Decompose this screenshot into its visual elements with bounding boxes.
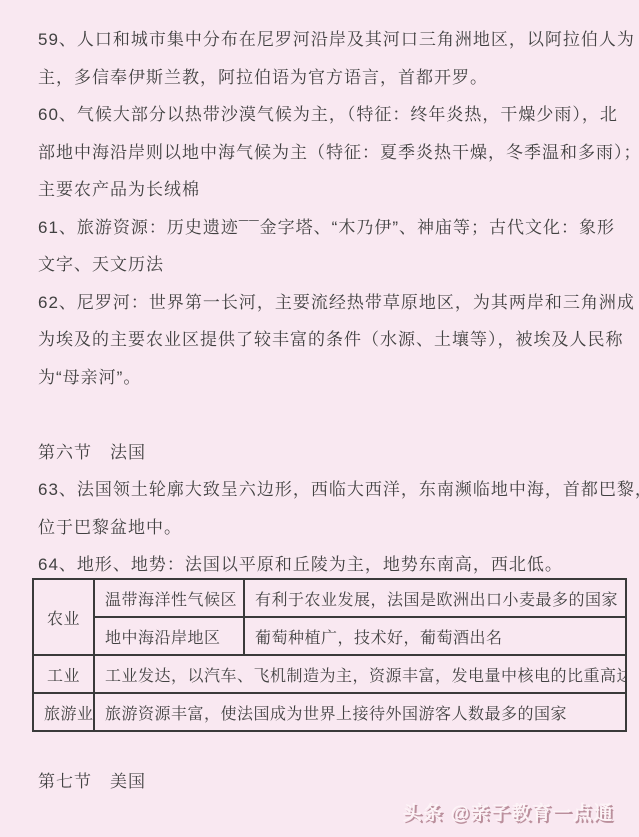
table-row: 地中海沿岸地区 葡萄种植广，技术好，葡萄酒出名 [33, 617, 626, 655]
toutiao-watermark: 头条 @亲子教育一点通 [403, 798, 614, 825]
table-cell-climate-desc-2: 葡萄种植广，技术好，葡萄酒出名 [244, 617, 626, 655]
document-page: 59、人口和城市集中分布在尼罗河沿岸及其河口三角洲地区，以阿拉伯人为 主，多信奉… [0, 0, 639, 837]
blank-line [38, 396, 618, 434]
note-62-line-1: 62、尼罗河：世界第一长河，主要流经热带草原地区，为其两岸和三角洲成 [38, 284, 618, 322]
section-heading-usa: 第七节 美国 [38, 763, 146, 801]
note-61-line-1: 61、旅游资源：历史遗迹¯¯金字塔、“木乃伊”、神庙等；古代文化：象形 [38, 209, 618, 247]
table-row: 旅游业 旅游资源丰富，使法国成为世界上接待外国游客人数最多的国家 [33, 693, 626, 731]
table-cell-tourism-label: 旅游业 [33, 693, 94, 731]
table-row: 农业 温带海洋性气候区 有利于农业发展，法国是欧洲出口小麦最多的国家 [33, 579, 626, 617]
note-62-line-2: 为埃及的主要农业区提供了较丰富的条件（水源、土壤等），被埃及人民称 [38, 321, 618, 359]
table-cell-climate-zone-2: 地中海沿岸地区 [94, 617, 244, 655]
table-cell-industry-label: 工业 [33, 655, 94, 693]
table-cell-climate-desc-1: 有利于农业发展，法国是欧洲出口小麦最多的国家 [244, 579, 626, 617]
note-60-line-2: 部地中海沿岸则以地中海气候为主（特征：夏季炎热干燥，冬季温和多雨）； [38, 134, 618, 172]
note-63-line-2: 位于巴黎盆地中。 [38, 509, 618, 547]
note-59-line-2: 主，多信奉伊斯兰教，阿拉伯语为官方语言，首都开罗。 [38, 59, 618, 97]
france-summary-table: 农业 温带海洋性气候区 有利于农业发展，法国是欧洲出口小麦最多的国家 地中海沿岸… [32, 578, 627, 732]
table-row: 工业 工业发达，以汽车、飞机制造为主，资源丰富，发电量中核电的比重高达 70% [33, 655, 626, 693]
note-61-line-2: 文字、天文历法 [38, 246, 618, 284]
note-60-line-1: 60、气候大部分以热带沙漠气候为主，（特征：终年炎热，干燥少雨），北 [38, 96, 618, 134]
table-cell-agriculture-label: 农业 [33, 579, 94, 655]
document-body: 59、人口和城市集中分布在尼罗河沿岸及其河口三角洲地区，以阿拉伯人为 主，多信奉… [38, 21, 618, 584]
note-63-line-1: 63、法国领土轮廓大致呈六边形，西临大西洋，东南濒临地中海，首都巴黎， [38, 471, 618, 509]
table-cell-climate-zone-1: 温带海洋性气候区 [94, 579, 244, 617]
table-cell-tourism-desc: 旅游资源丰富，使法国成为世界上接待外国游客人数最多的国家 [94, 693, 626, 731]
note-59-line-1: 59、人口和城市集中分布在尼罗河沿岸及其河口三角洲地区，以阿拉伯人为 [38, 21, 618, 59]
table-cell-industry-desc: 工业发达，以汽车、飞机制造为主，资源丰富，发电量中核电的比重高达 70% [94, 655, 626, 693]
note-62-line-3: 为“母亲河”。 [38, 359, 618, 397]
note-60-line-3: 主要农产品为长绒棉 [38, 171, 618, 209]
section-heading-france: 第六节 法国 [38, 434, 618, 472]
